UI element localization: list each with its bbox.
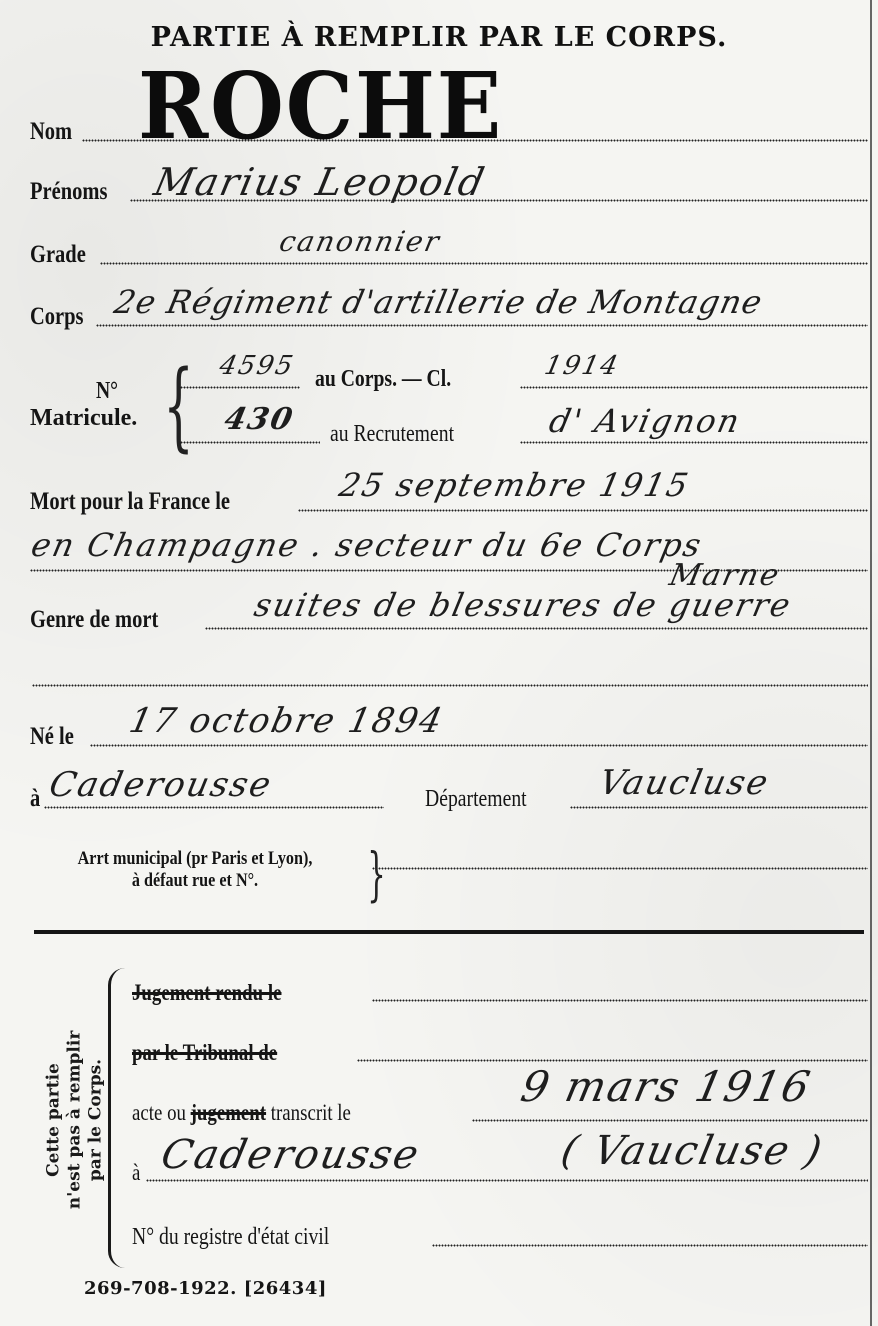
corps-label: Corps bbox=[30, 303, 84, 331]
nom-dotted-line bbox=[82, 139, 868, 142]
recrutement-value-dots bbox=[520, 441, 868, 444]
arrondissement-row bbox=[372, 838, 868, 878]
classe-value: 1914 bbox=[542, 351, 623, 381]
naissance-lieu-label: à bbox=[30, 785, 40, 813]
matricule-no-label: N° bbox=[70, 378, 144, 405]
naissance-date-label: Né le bbox=[30, 723, 74, 751]
jugement-label: jugement bbox=[191, 1100, 266, 1125]
registre-dotted-line bbox=[432, 1244, 868, 1247]
side-note-line-2: n'est pas à remplir bbox=[65, 1031, 86, 1210]
section-divider bbox=[34, 930, 864, 934]
genre-de-mort-value: suites de blessures de guerre bbox=[251, 586, 795, 624]
mort-row: Mort pour la France le 25 septembre 1915 bbox=[30, 480, 868, 520]
transcrit-label: transcrit le bbox=[271, 1100, 351, 1125]
arrondissement-label-line2: à défaut rue et N°. bbox=[55, 870, 336, 892]
grade-row: Grade canonnier bbox=[30, 233, 868, 273]
recrutement-number: 430 bbox=[221, 402, 297, 437]
jugement-rendu-label: Jugement rendu le bbox=[132, 980, 281, 1006]
transcription-label: acte ou jugement transcrit le bbox=[132, 1100, 351, 1126]
departement-value: Vaucluse bbox=[596, 763, 773, 803]
lieu-transcription-row: à Caderousse ( Vaucluse ) bbox=[132, 1150, 868, 1190]
mort-label: Mort pour la France le bbox=[30, 488, 230, 516]
lieu-transcription-departement: ( Vaucluse ) bbox=[557, 1128, 827, 1174]
page-edge bbox=[870, 0, 872, 1326]
genre-de-mort-label: Genre de mort bbox=[30, 606, 158, 634]
matricule-recrutement-dots bbox=[180, 441, 320, 444]
ou-label: ou bbox=[167, 1100, 186, 1125]
transcription-row: acte ou jugement transcrit le 9 mars 191… bbox=[132, 1090, 868, 1130]
corps-value: 2e Régiment d'artillerie de Montagne bbox=[111, 283, 766, 321]
prenoms-row: Prénoms Marius Leopold bbox=[30, 170, 868, 210]
nom-label: Nom bbox=[30, 118, 72, 146]
recrutement-value: d' Avignon bbox=[546, 402, 745, 440]
naissance-lieu-dotted-line bbox=[44, 806, 384, 809]
mort-lieu: en Champagne . secteur du 6e Corps bbox=[28, 526, 706, 564]
grade-label: Grade bbox=[30, 241, 86, 269]
prenoms-label: Prénoms bbox=[30, 178, 107, 206]
lower-section-brace bbox=[108, 968, 125, 1268]
registre-row: N° du registre d'état civil bbox=[132, 1215, 868, 1255]
lieu-transcription-label: à bbox=[132, 1160, 140, 1186]
genre-de-mort-row: Genre de mort suites de blessures de gue… bbox=[30, 598, 868, 638]
side-note-line-3: par le Corps. bbox=[86, 1031, 107, 1210]
matricule-corps-label: au Corps. — Cl. bbox=[315, 366, 451, 393]
matricule-label-wrap: Matricule. bbox=[30, 405, 137, 432]
genre-de-mort-dotted-line bbox=[205, 627, 868, 630]
matricule-label-block: N° bbox=[62, 378, 152, 405]
matricule-label: Matricule. bbox=[30, 405, 137, 431]
arrondissement-label-block: Arrt municipal (pr Paris et Lyon), à déf… bbox=[30, 848, 360, 892]
mort-dotted-line bbox=[298, 509, 868, 512]
matricule-corps-number: 4595 bbox=[217, 351, 298, 381]
grade-dotted-line bbox=[100, 262, 868, 265]
naissance-date: 17 octobre 1894 bbox=[126, 701, 448, 741]
matricule-corps-dots bbox=[180, 386, 300, 389]
nom-row: Nom bbox=[30, 110, 868, 150]
departement-label: Département bbox=[425, 786, 527, 813]
transcription-dotted-line bbox=[472, 1119, 868, 1122]
naissance-lieu: Caderousse bbox=[46, 765, 276, 805]
departement-dotted-line bbox=[570, 806, 868, 809]
arrondissement-label-line1: Arrt municipal (pr Paris et Lyon), bbox=[55, 848, 336, 870]
arrondissement-dotted-line bbox=[372, 867, 868, 870]
blank-dotted-line bbox=[32, 684, 868, 687]
corps-row: Corps 2e Régiment d'artillerie de Montag… bbox=[30, 295, 868, 335]
corps-dotted-line bbox=[96, 324, 868, 327]
acte-label: acte bbox=[132, 1100, 162, 1125]
naissance-date-row: Né le 17 octobre 1894 bbox=[30, 715, 868, 755]
jugement-rendu-row: Jugement rendu le bbox=[132, 970, 868, 1010]
matricule-corps-row: 4595 au Corps. — Cl. 1914 bbox=[175, 357, 868, 397]
side-note-line-1: Cette partie bbox=[44, 1031, 65, 1210]
classe-dots bbox=[520, 386, 868, 389]
lieu-transcription-commune: Caderousse bbox=[157, 1132, 424, 1178]
transcription-date: 9 mars 1916 bbox=[517, 1062, 816, 1111]
mort-date: 25 septembre 1915 bbox=[336, 466, 693, 504]
side-note: Cette partie n'est pas à remplir par le … bbox=[30, 990, 120, 1250]
jugement-rendu-dotted-line bbox=[372, 999, 868, 1002]
death-record-form: PARTIE À REMPLIR PAR LE CORPS. ROCHE Nom… bbox=[0, 0, 878, 1326]
form-header: PARTIE À REMPLIR PAR LE CORPS. bbox=[0, 22, 878, 53]
matricule-recrutement-row: 430 au Recrutement d' Avignon bbox=[175, 412, 868, 452]
footer-reference: 269-708-1922. [26434] bbox=[84, 1278, 327, 1299]
naissance-lieu-row: à Caderousse Département Vaucluse bbox=[30, 777, 868, 817]
lieu-transcription-dotted-line bbox=[146, 1179, 868, 1182]
recrutement-label: au Recrutement bbox=[330, 421, 454, 448]
prenoms-value: Marius Leopold bbox=[150, 160, 490, 204]
grade-value: canonnier bbox=[276, 225, 443, 258]
tribunal-label: par le Tribunal de bbox=[132, 1040, 277, 1066]
naissance-date-dotted-line bbox=[90, 744, 868, 747]
blank-row bbox=[30, 655, 868, 695]
registre-label: N° du registre d'état civil bbox=[132, 1224, 329, 1251]
